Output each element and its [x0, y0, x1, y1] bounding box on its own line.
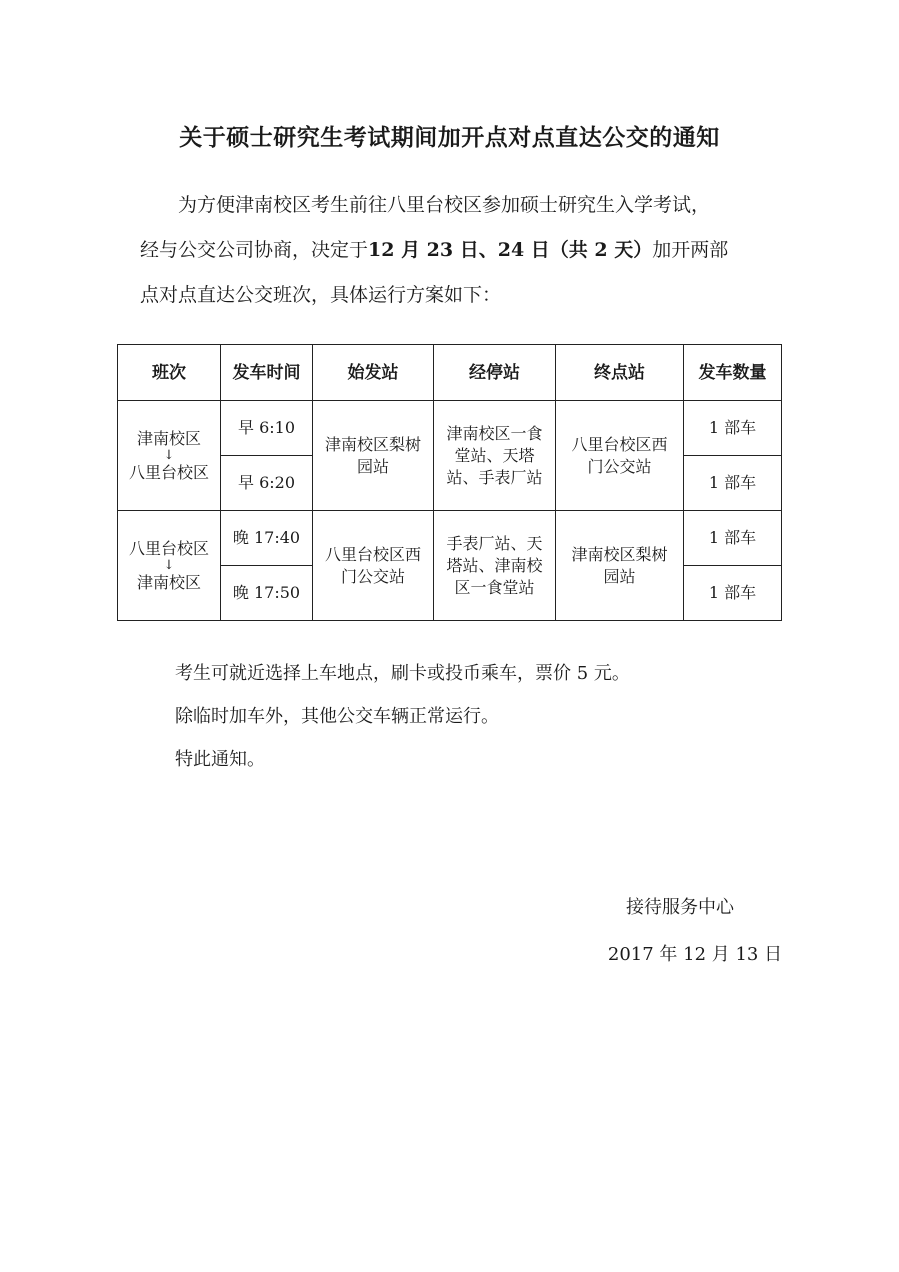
header-terminal: 终点站	[556, 345, 684, 401]
bus-count-cell: 1 部车	[684, 401, 782, 456]
table-row: 八里台校区 ↓ 津南校区 晚 17:40 八里台校区西门公交站 手表厂站、天塔站…	[118, 511, 782, 566]
terminal-cell: 八里台校区西门公交站	[556, 401, 684, 511]
header-route: 班次	[118, 345, 221, 401]
schedule-table: 班次 发车时间 始发站 经停站 终点站 发车数量 津南校区 ↓ 八里台校区 早 …	[117, 344, 782, 621]
intro-date-bold: 12 月 23 日、24 日（共 2 天）	[368, 239, 652, 261]
bus-count-cell: 1 部车	[684, 456, 782, 511]
route-to: 八里台校区	[129, 463, 209, 482]
origin-cell: 八里台校区西门公交站	[313, 511, 434, 621]
depart-time-cell: 早 6:20	[221, 456, 313, 511]
arrow-down-icon: ↓	[118, 560, 220, 572]
stops-cell: 津南校区一食堂站、天塔站、手表厂站	[434, 401, 556, 511]
origin-cell: 津南校区梨树园站	[313, 401, 434, 511]
note-closing: 特此通知。	[175, 738, 630, 781]
header-bus-count: 发车数量	[684, 345, 782, 401]
route-cell: 八里台校区 ↓ 津南校区	[118, 511, 221, 621]
table-row: 津南校区 ↓ 八里台校区 早 6:10 津南校区梨树园站 津南校区一食堂站、天塔…	[118, 401, 782, 456]
header-stops: 经停站	[434, 345, 556, 401]
intro-line-2-pre: 经与公交公司协商，决定于	[140, 239, 368, 261]
depart-time-cell: 晚 17:50	[221, 566, 313, 621]
document-title: 关于硕士研究生考试期间加开点对点直达公交的通知	[0, 119, 899, 152]
route-to: 津南校区	[137, 573, 201, 592]
intro-line-2: 经与公交公司协商，决定于12 月 23 日、24 日（共 2 天）加开两部	[140, 228, 780, 273]
bus-count-cell: 1 部车	[684, 511, 782, 566]
intro-paragraph: 为方便津南校区考生前往八里台校区参加硕士研究生入学考试， 经与公交公司协商，决定…	[140, 183, 780, 318]
route-cell: 津南校区 ↓ 八里台校区	[118, 401, 221, 511]
intro-line-3: 点对点直达公交班次，具体运行方案如下：	[140, 273, 780, 318]
depart-time-cell: 早 6:10	[221, 401, 313, 456]
route-from: 津南校区	[137, 429, 201, 448]
note-fare: 考生可就近选择上车地点，刷卡或投币乘车，票价 5 元。	[175, 652, 630, 695]
intro-line-2-post: 加开两部	[652, 239, 728, 261]
header-depart-time: 发车时间	[221, 345, 313, 401]
route-from: 八里台校区	[129, 539, 209, 558]
depart-time-cell: 晚 17:40	[221, 511, 313, 566]
intro-line-1: 为方便津南校区考生前往八里台校区参加硕士研究生入学考试，	[140, 183, 780, 228]
stops-cell: 手表厂站、天塔站、津南校区一食堂站	[434, 511, 556, 621]
terminal-cell: 津南校区梨树园站	[556, 511, 684, 621]
header-origin: 始发站	[313, 345, 434, 401]
signature-date: 2017 年 12 月 13 日	[575, 940, 815, 966]
bus-count-cell: 1 部车	[684, 566, 782, 621]
table-header-row: 班次 发车时间 始发站 经停站 终点站 发车数量	[118, 345, 782, 401]
signature-org: 接待服务中心	[560, 893, 800, 919]
arrow-down-icon: ↓	[118, 450, 220, 462]
note-regular-service: 除临时加车外，其他公交车辆正常运行。	[175, 695, 630, 738]
notes-section: 考生可就近选择上车地点，刷卡或投币乘车，票价 5 元。 除临时加车外，其他公交车…	[175, 652, 630, 781]
